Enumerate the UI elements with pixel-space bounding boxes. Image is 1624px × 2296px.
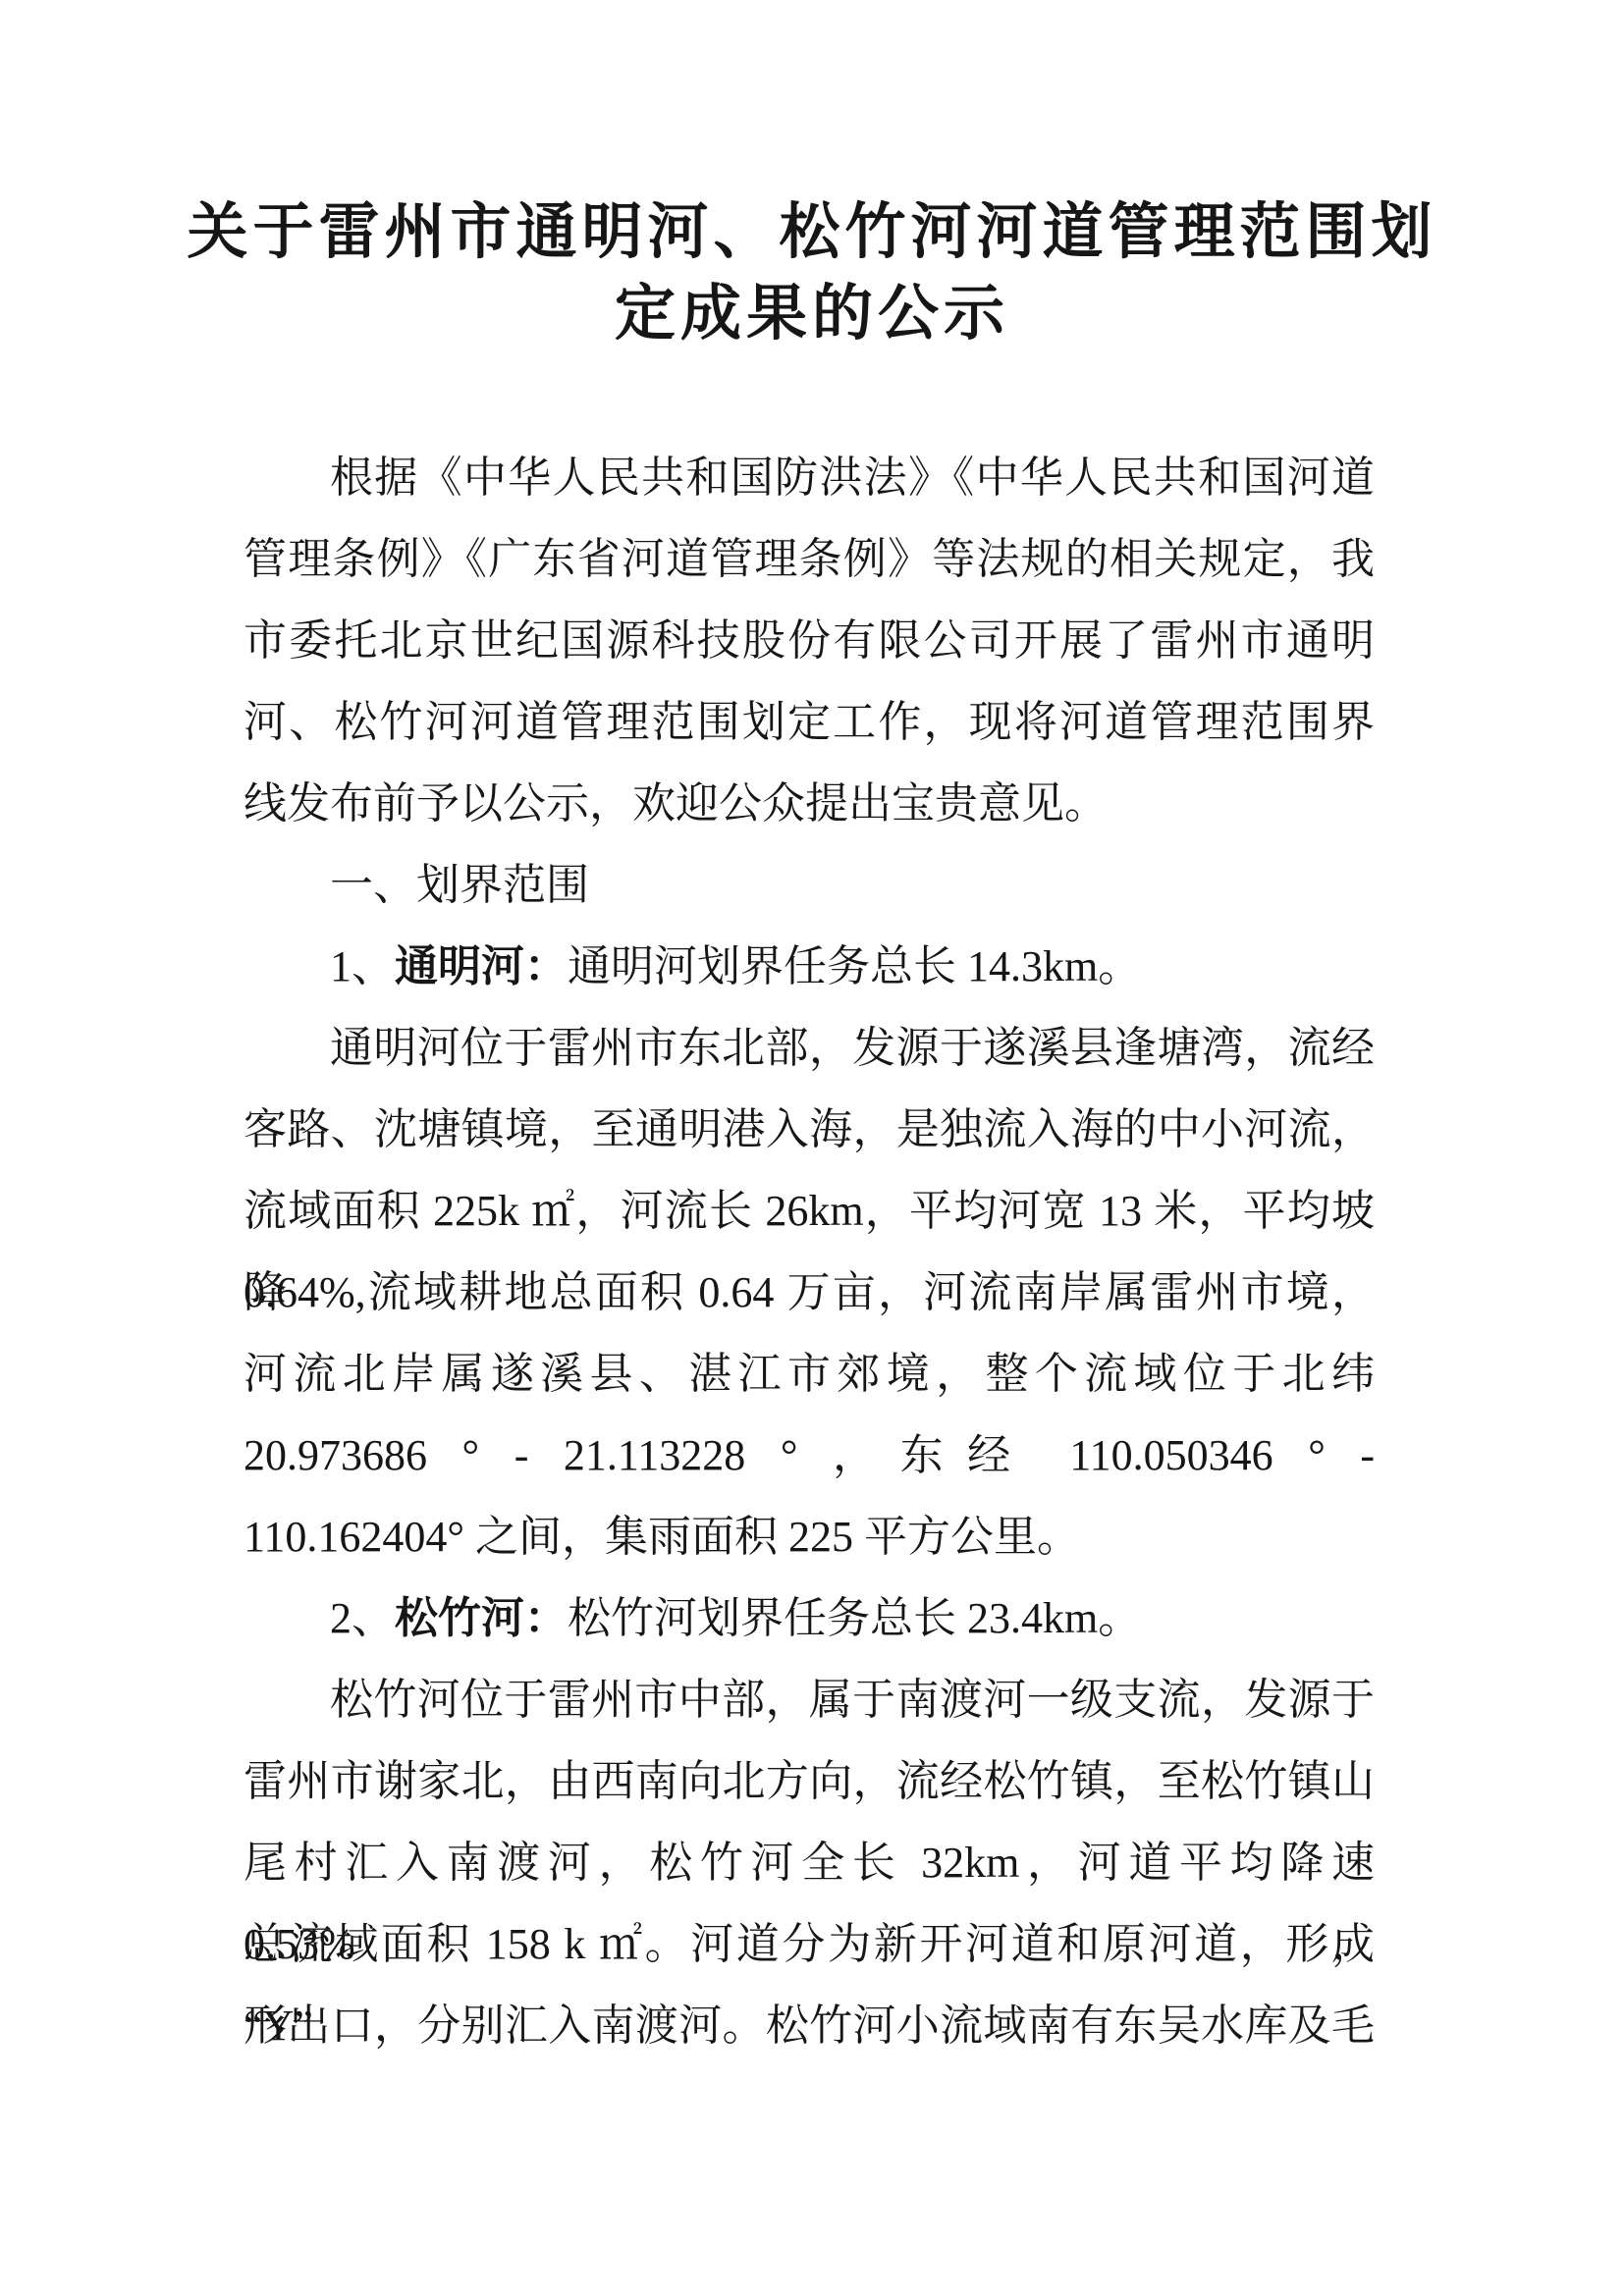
text-segment: 根据《中华人民共和国防洪法》《中华人民共和国河道 bbox=[330, 454, 1375, 502]
text-segment: 河流北岸属遂溪县、湛江市郊境，整个流域位于北纬 bbox=[244, 1350, 1375, 1398]
text-line: 通明河位于雷州市东北部，发源于遂溪县逢塘湾，流经 bbox=[244, 1007, 1375, 1089]
text-segment: 河、松竹河河道管理范围划定工作，现将河道管理范围界 bbox=[244, 698, 1375, 746]
text-line: 尾村汇入南渡河，松竹河全长 32km，河道平均降速 0.53%， bbox=[244, 1822, 1375, 1903]
text-segment: 20.973686 ° - 21.113228 ° ，东经 110.050346… bbox=[244, 1431, 1375, 1479]
text-line: 一、划界范围 bbox=[244, 844, 1375, 926]
bold-text-segment: 松竹河： bbox=[395, 1594, 568, 1642]
text-line: 总流域面积 158 k ㎡。河道分为新开河道和原河道，形成“Y” bbox=[244, 1903, 1375, 1985]
title-body-spacer bbox=[0, 355, 1624, 437]
text-line: 客路、沈塘镇境，至通明港入海，是独流入海的中小河流， bbox=[244, 1089, 1375, 1170]
text-segment: 客路、沈塘镇境，至通明港入海，是独流入海的中小河流， bbox=[244, 1105, 1375, 1153]
document-title: 关于雷州市通明河、松竹河河道管理范围划 定成果的公示 bbox=[0, 192, 1624, 355]
text-segment: 雷州市谢家北，由西南向北方向，流经松竹镇，至松竹镇山 bbox=[244, 1757, 1375, 1805]
text-line: 2、松竹河：松竹河划界任务总长 23.4km。 bbox=[244, 1577, 1375, 1659]
text-line: 线发布前予以公示，欢迎公众提出宝贵意见。 bbox=[244, 763, 1375, 844]
text-line: 河、松竹河河道管理范围划定工作，现将河道管理范围界 bbox=[244, 681, 1375, 763]
document-body: 根据《中华人民共和国防洪法》《中华人民共和国河道管理条例》《广东省河道管理条例》… bbox=[244, 437, 1375, 2066]
text-segment: 110.162404° 之间，集雨面积 225 平方公里。 bbox=[244, 1513, 1080, 1561]
text-line: 1、通明河：通明河划界任务总长 14.3km。 bbox=[244, 926, 1375, 1007]
text-segment: 通明河位于雷州市东北部，发源于遂溪县逢塘湾，流经 bbox=[330, 1024, 1375, 1072]
text-line: 河流北岸属遂溪县、湛江市郊境，整个流域位于北纬 bbox=[244, 1333, 1375, 1415]
text-segment: 松竹河位于雷州市中部，属于南渡河一级支流，发源于 bbox=[330, 1676, 1375, 1724]
bold-text-segment: 通明河： bbox=[395, 942, 568, 990]
text-segment: 松竹河划界任务总长 23.4km。 bbox=[568, 1594, 1141, 1642]
text-line: 市委托北京世纪国源科技股份有限公司开展了雷州市通明 bbox=[244, 600, 1375, 681]
text-segment: 1、 bbox=[330, 942, 395, 990]
text-segment: 一、划界范围 bbox=[330, 861, 589, 909]
title-line-2: 定成果的公示 bbox=[0, 274, 1624, 355]
text-segment: 市委托北京世纪国源科技股份有限公司开展了雷州市通明 bbox=[244, 616, 1375, 665]
text-segment: 0.64%,流域耕地总面积 0.64 万亩，河流南岸属雷州市境， bbox=[244, 1268, 1375, 1316]
text-segment: 2、 bbox=[330, 1594, 395, 1642]
document-page: 关于雷州市通明河、松竹河河道管理范围划 定成果的公示 根据《中华人民共和国防洪法… bbox=[0, 0, 1624, 2296]
text-segment: 线发布前予以公示，欢迎公众提出宝贵意见。 bbox=[244, 779, 1108, 828]
text-line: 0.64%,流域耕地总面积 0.64 万亩，河流南岸属雷州市境， bbox=[244, 1252, 1375, 1333]
text-segment: 形出口，分别汇入南渡河。松竹河小流域南有东吴水库及毛 bbox=[244, 2002, 1375, 2050]
text-line: 110.162404° 之间，集雨面积 225 平方公里。 bbox=[244, 1496, 1375, 1577]
text-line: 形出口，分别汇入南渡河。松竹河小流域南有东吴水库及毛 bbox=[244, 1985, 1375, 2066]
text-line: 松竹河位于雷州市中部，属于南渡河一级支流，发源于 bbox=[244, 1659, 1375, 1740]
text-line: 流域面积 225k ㎡，河流长 26km，平均河宽 13 米，平均坡降 bbox=[244, 1170, 1375, 1252]
text-segment: 管理条例》《广东省河道管理条例》等法规的相关规定，我 bbox=[244, 535, 1375, 583]
text-segment: 通明河划界任务总长 14.3km。 bbox=[568, 942, 1141, 990]
text-line: 20.973686 ° - 21.113228 ° ，东经 110.050346… bbox=[244, 1415, 1375, 1496]
text-line: 管理条例》《广东省河道管理条例》等法规的相关规定，我 bbox=[244, 518, 1375, 600]
title-line-1: 关于雷州市通明河、松竹河河道管理范围划 bbox=[0, 192, 1624, 274]
text-line: 根据《中华人民共和国防洪法》《中华人民共和国河道 bbox=[244, 437, 1375, 518]
text-line: 雷州市谢家北，由西南向北方向，流经松竹镇，至松竹镇山 bbox=[244, 1740, 1375, 1822]
